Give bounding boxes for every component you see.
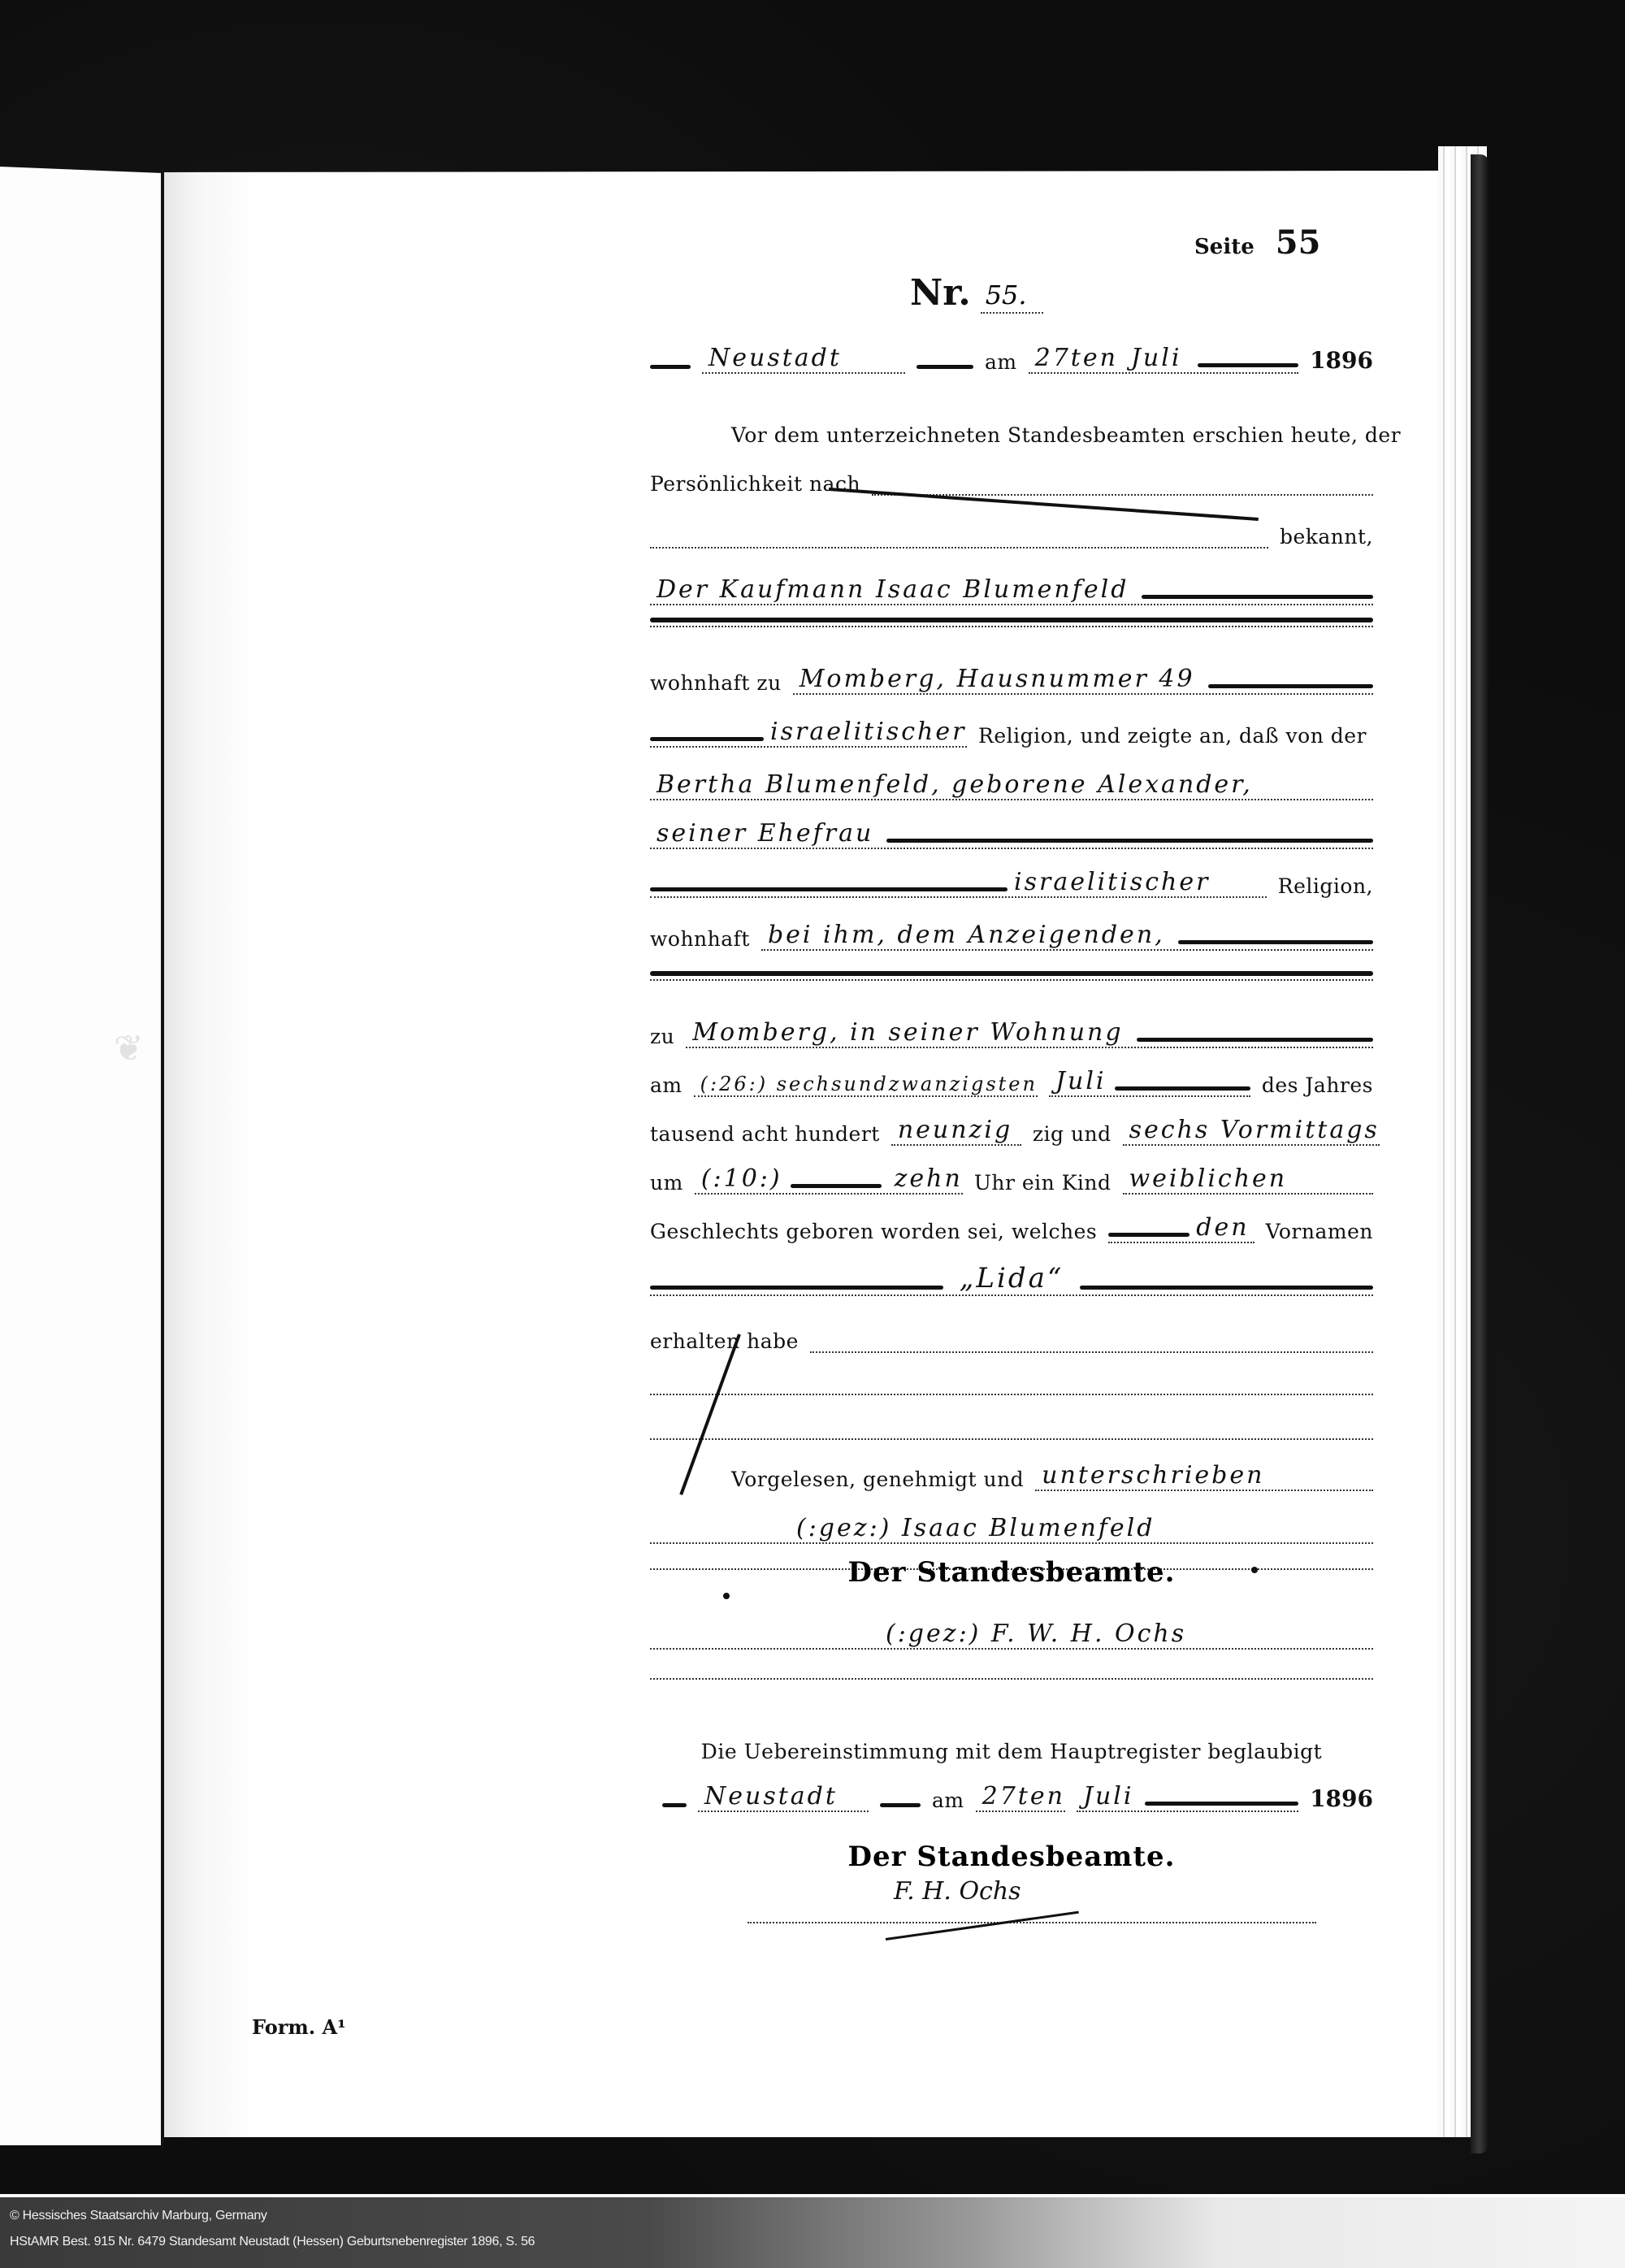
birth-day-label: am	[650, 1073, 682, 1097]
known-field	[650, 519, 1268, 549]
filler-dash	[1178, 940, 1373, 944]
year-words-mid: zig und	[1033, 1122, 1111, 1146]
filler-dash	[650, 1286, 943, 1290]
filler-dash	[650, 887, 1007, 891]
year-value: 1896	[1310, 347, 1373, 374]
certification-line: Die Uebereinstimmung mit dem Hauptregist…	[650, 1731, 1373, 1763]
sex-text: Geschlechts geboren worden sei, welches	[650, 1220, 1097, 1243]
filler-dash	[650, 737, 764, 741]
birth-day-line: am (:26:) sechsundzwanzigsten Juli des J…	[650, 1065, 1373, 1097]
copyright-text: © Hessisches Staatsarchiv Marburg, Germa…	[10, 2209, 267, 2223]
mother-residence-line: wohnhaft bei ihm, dem Anzeigenden,	[650, 918, 1373, 951]
religion-text-2: Religion,	[1278, 874, 1373, 898]
year-words-field-2: sechs Vormittags	[1123, 1117, 1380, 1146]
identity-label: Persönlichkeit nach	[650, 472, 860, 496]
blank-line	[650, 979, 1373, 981]
cert-month-field: Juli	[1077, 1783, 1298, 1812]
hour-words: zehn	[882, 1164, 963, 1193]
cert-heading: Der Standesbeamte.	[650, 1841, 1373, 1873]
hour-label: um	[650, 1171, 683, 1195]
cert-day-field: 27ten	[976, 1783, 1065, 1812]
declarant-signature: (:gez:) Isaac Blumenfeld	[650, 1514, 1155, 1542]
filler-dash	[1198, 363, 1298, 367]
received-line: erhalten habe	[650, 1320, 1373, 1353]
page-label: Seite	[1194, 235, 1254, 259]
read-label: Vorgelesen, genehmigt und	[731, 1468, 1024, 1491]
mother-residence-value: bei ihm, dem Anzeigenden,	[761, 921, 1165, 949]
read-line: Vorgelesen, genehmigt und unterschrieben	[650, 1459, 1373, 1491]
filler-dash	[1108, 1233, 1189, 1237]
place-date-line: Neustadt am 27ten Juli 1896	[650, 341, 1373, 374]
ink-dot	[723, 1593, 730, 1599]
certification-text: Die Uebereinstimmung mit dem Hauptregist…	[701, 1740, 1322, 1763]
filler-dash	[886, 839, 1373, 843]
hour-field: (:10:)zehn	[695, 1165, 963, 1195]
book-spine	[161, 171, 164, 2145]
mother-residence-label: wohnhaft	[650, 927, 750, 951]
read-value: unterschrieben	[1035, 1461, 1264, 1490]
page-header: Seite 55	[1194, 223, 1320, 262]
left-page: ❦	[0, 167, 162, 2145]
filler-dash	[1137, 1038, 1373, 1042]
intro-line: Vor dem unterzeichneten Standesbeamten e…	[650, 414, 1373, 447]
place-value: Neustadt	[702, 344, 842, 372]
mother-relation-value: seiner Ehefrau	[650, 819, 873, 848]
birthplace-value: Momberg, in seiner Wohnung	[686, 1018, 1123, 1047]
cert-place-field: Neustadt	[698, 1783, 869, 1812]
religion-value-1: israelitischer	[764, 718, 966, 746]
ink-dot	[1251, 1567, 1258, 1573]
year-words-value: neunzig	[891, 1116, 1012, 1144]
hour-line: um (:10:)zehn Uhr ein Kind weiblichen	[650, 1162, 1373, 1195]
declarant-signature-field: (:gez:) Isaac Blumenfeld	[650, 1515, 1373, 1544]
name-article: den	[1189, 1213, 1249, 1242]
official-heading: Der Standesbeamte.	[650, 1556, 1373, 1589]
declarant-field: Der Kaufmann Isaac Blumenfeld	[650, 576, 1373, 605]
received-label: erhalten habe	[650, 1329, 799, 1353]
archive-footer: © Hessisches Staatsarchiv Marburg, Germa…	[0, 2194, 1625, 2268]
citation-text: HStAMR Best. 915 Nr. 6479 Standesamt Neu…	[10, 2235, 535, 2249]
identity-field	[872, 466, 1373, 496]
record-number: Nr. 55.	[910, 272, 1043, 314]
mother-residence-field: bei ihm, dem Anzeigenden,	[761, 922, 1373, 951]
child-name-value: „Lida“	[943, 1262, 1080, 1294]
name-label: Vornamen	[1266, 1220, 1373, 1243]
year-words-field: neunzig	[891, 1117, 1021, 1146]
hour-text: Uhr ein Kind	[974, 1171, 1111, 1195]
residence-field: Momberg, Hausnummer 49	[793, 666, 1373, 695]
birthplace-line: zu Momberg, in seiner Wohnung	[650, 1016, 1373, 1048]
sex-line: Geschlechts geboren worden sei, welches …	[650, 1211, 1373, 1243]
cert-day-value: 27ten	[976, 1782, 1065, 1810]
filler-dash	[662, 1803, 687, 1807]
intro-text: Vor dem unterzeichneten Standesbeamten e…	[731, 423, 1401, 447]
blank-line	[650, 626, 1373, 627]
mother-relation-field: seiner Ehefrau	[650, 820, 1373, 849]
religion-value-2: israelitischer	[1007, 868, 1210, 896]
filler-dash	[1208, 684, 1373, 688]
birth-month-value: Juli	[1049, 1067, 1107, 1095]
filler-dash	[880, 1803, 921, 1807]
cert-date-line: Neustadt am 27ten Juli 1896	[650, 1780, 1373, 1812]
year-words-value-2: sechs Vormittags	[1123, 1116, 1380, 1144]
sex-field: weiblichen	[1123, 1165, 1374, 1195]
mother-line: Bertha Blumenfeld, geborene Alexander,	[650, 768, 1373, 800]
filler-dash	[916, 365, 973, 369]
filler-dash	[1080, 1286, 1373, 1290]
official-signature-field: (:gez:) F. W. H. Ochs	[650, 1620, 1373, 1650]
known-line: bekannt,	[650, 516, 1373, 549]
date-prefix: am	[985, 350, 1017, 374]
declarant-value: Der Kaufmann Isaac Blumenfeld	[650, 575, 1129, 604]
date-field: 27ten Juli	[1029, 345, 1298, 374]
cert-signature: F. H. Ochs	[894, 1877, 1021, 1906]
religion-line-1: israelitischer Religion, und zeigte an, …	[650, 715, 1373, 748]
official-signature: (:gez:) F. W. H. Ochs	[650, 1620, 1186, 1648]
birth-month-field: Juli	[1049, 1068, 1250, 1097]
hour-value: (:10:)	[695, 1164, 782, 1193]
official-signature-line: (:gez:) F. W. H. Ochs	[650, 1617, 1373, 1650]
child-name-line: „Lida“	[650, 1264, 1373, 1296]
book-cover-edge	[1471, 154, 1488, 2153]
residence-value: Momberg, Hausnummer 49	[793, 665, 1195, 693]
birthplace-label: zu	[650, 1025, 674, 1048]
birthplace-field: Momberg, in seiner Wohnung	[686, 1019, 1373, 1048]
residence-line: wohnhaft zu Momberg, Hausnummer 49	[650, 662, 1373, 695]
filler-dash	[1142, 595, 1373, 599]
name-article-field: den	[1108, 1214, 1254, 1243]
cert-signature-line	[747, 1922, 1316, 1923]
mother-relation-line: seiner Ehefrau	[650, 817, 1373, 849]
declarant-line: Der Kaufmann Isaac Blumenfeld	[650, 573, 1373, 605]
filler-line	[650, 971, 1373, 976]
declarant-signature-line: (:gez:) Isaac Blumenfeld	[650, 1511, 1373, 1544]
birth-day-value: (:26:) sechsundzwanzigsten	[694, 1073, 1038, 1095]
year-words-line: tausend acht hundert neunzig zig und sec…	[650, 1113, 1373, 1146]
religion-field-2: israelitischer	[650, 869, 1267, 898]
cert-place-value: Neustadt	[698, 1782, 838, 1810]
cert-date-prefix: am	[932, 1789, 964, 1812]
record-number-label: Nr.	[910, 272, 971, 314]
birth-year-label: des Jahres	[1262, 1073, 1373, 1097]
read-field: unterschrieben	[1035, 1462, 1373, 1491]
child-name-field: „Lida“	[650, 1267, 1373, 1296]
record-number-value: 55.	[981, 280, 1043, 314]
form-label: Form. A¹	[252, 2015, 346, 2039]
religion-text-1: Religion, und zeigte an, daß von der	[978, 724, 1367, 748]
blank-line	[650, 1394, 1373, 1395]
known-text: bekannt,	[1280, 525, 1373, 549]
cert-year-value: 1896	[1310, 1785, 1373, 1812]
religion-field-1: israelitischer	[650, 718, 967, 748]
filler-dash	[1145, 1802, 1298, 1806]
place-field: Neustadt	[702, 345, 905, 374]
mother-value: Bertha Blumenfeld, geborene Alexander,	[650, 770, 1253, 799]
day-value: 27ten	[1029, 344, 1118, 372]
filler-dash	[791, 1184, 882, 1188]
filler-dash	[1115, 1086, 1250, 1091]
religion-line-2: israelitischer Religion,	[650, 865, 1373, 898]
page-number: 55	[1276, 223, 1321, 262]
month-value: Juli	[1124, 344, 1182, 372]
filler-line	[650, 618, 1373, 622]
remarks-field	[810, 1324, 1373, 1353]
leaf-watermark-icon: ❦	[114, 1028, 144, 1069]
birth-day-field: (:26:) sechsundzwanzigsten	[694, 1068, 1038, 1097]
residence-label: wohnhaft zu	[650, 671, 782, 695]
blank-line	[650, 1678, 1373, 1680]
filler-dash	[650, 365, 691, 369]
identity-line: Persönlichkeit nach	[650, 463, 1373, 496]
sex-value: weiblichen	[1123, 1164, 1288, 1193]
mother-field: Bertha Blumenfeld, geborene Alexander,	[650, 771, 1373, 800]
year-words-label: tausend acht hundert	[650, 1122, 880, 1146]
blank-line	[650, 1438, 1373, 1440]
cert-month-value: Juli	[1077, 1782, 1134, 1810]
